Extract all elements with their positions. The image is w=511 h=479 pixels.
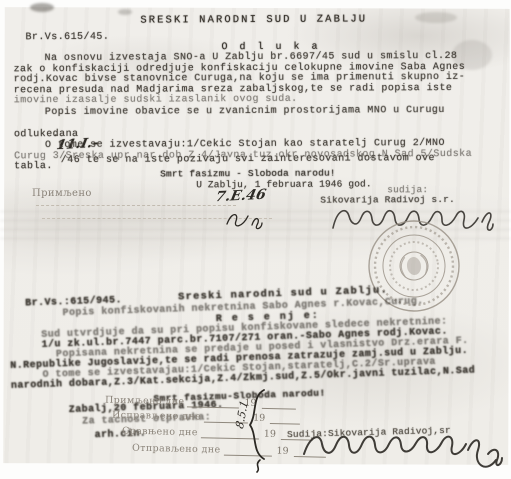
stamp-row-label: Отправљено дне	[132, 443, 221, 456]
court-title: SRESKI NARODNI SUD U ZABLJU	[140, 13, 367, 26]
body-line: tabla.	[14, 161, 53, 172]
stamp-year: 19	[276, 446, 288, 457]
slogan-line: Smrt fasizmu - Sloboda narodu!	[160, 168, 336, 180]
body-line: odluke.	[14, 129, 59, 140]
stamp-row-label: Сравњено дне	[122, 426, 198, 439]
body-line: imovine izasalje sudski izaslanik ovog s…	[14, 94, 298, 106]
stamp-ruled-line	[36, 205, 236, 206]
stamp-row-label: Исправљено дне	[112, 410, 201, 423]
handwritten-initials	[224, 208, 264, 230]
received-stamp-label: Примљено	[32, 188, 92, 199]
handwritten-received-date: 7.E.46	[214, 187, 267, 206]
case-number: Br.Vs.615/45.	[25, 32, 109, 43]
judge-signature-handwritten	[300, 424, 505, 476]
stamp-fill-line	[187, 397, 239, 408]
scanned-document-page: SRESKI NARODNI SUD U ZABLJU Br.Vs.615/45…	[0, 0, 511, 479]
stamp-fill-line	[270, 414, 300, 425]
stamp-row-label: Примљено дне	[105, 395, 185, 408]
